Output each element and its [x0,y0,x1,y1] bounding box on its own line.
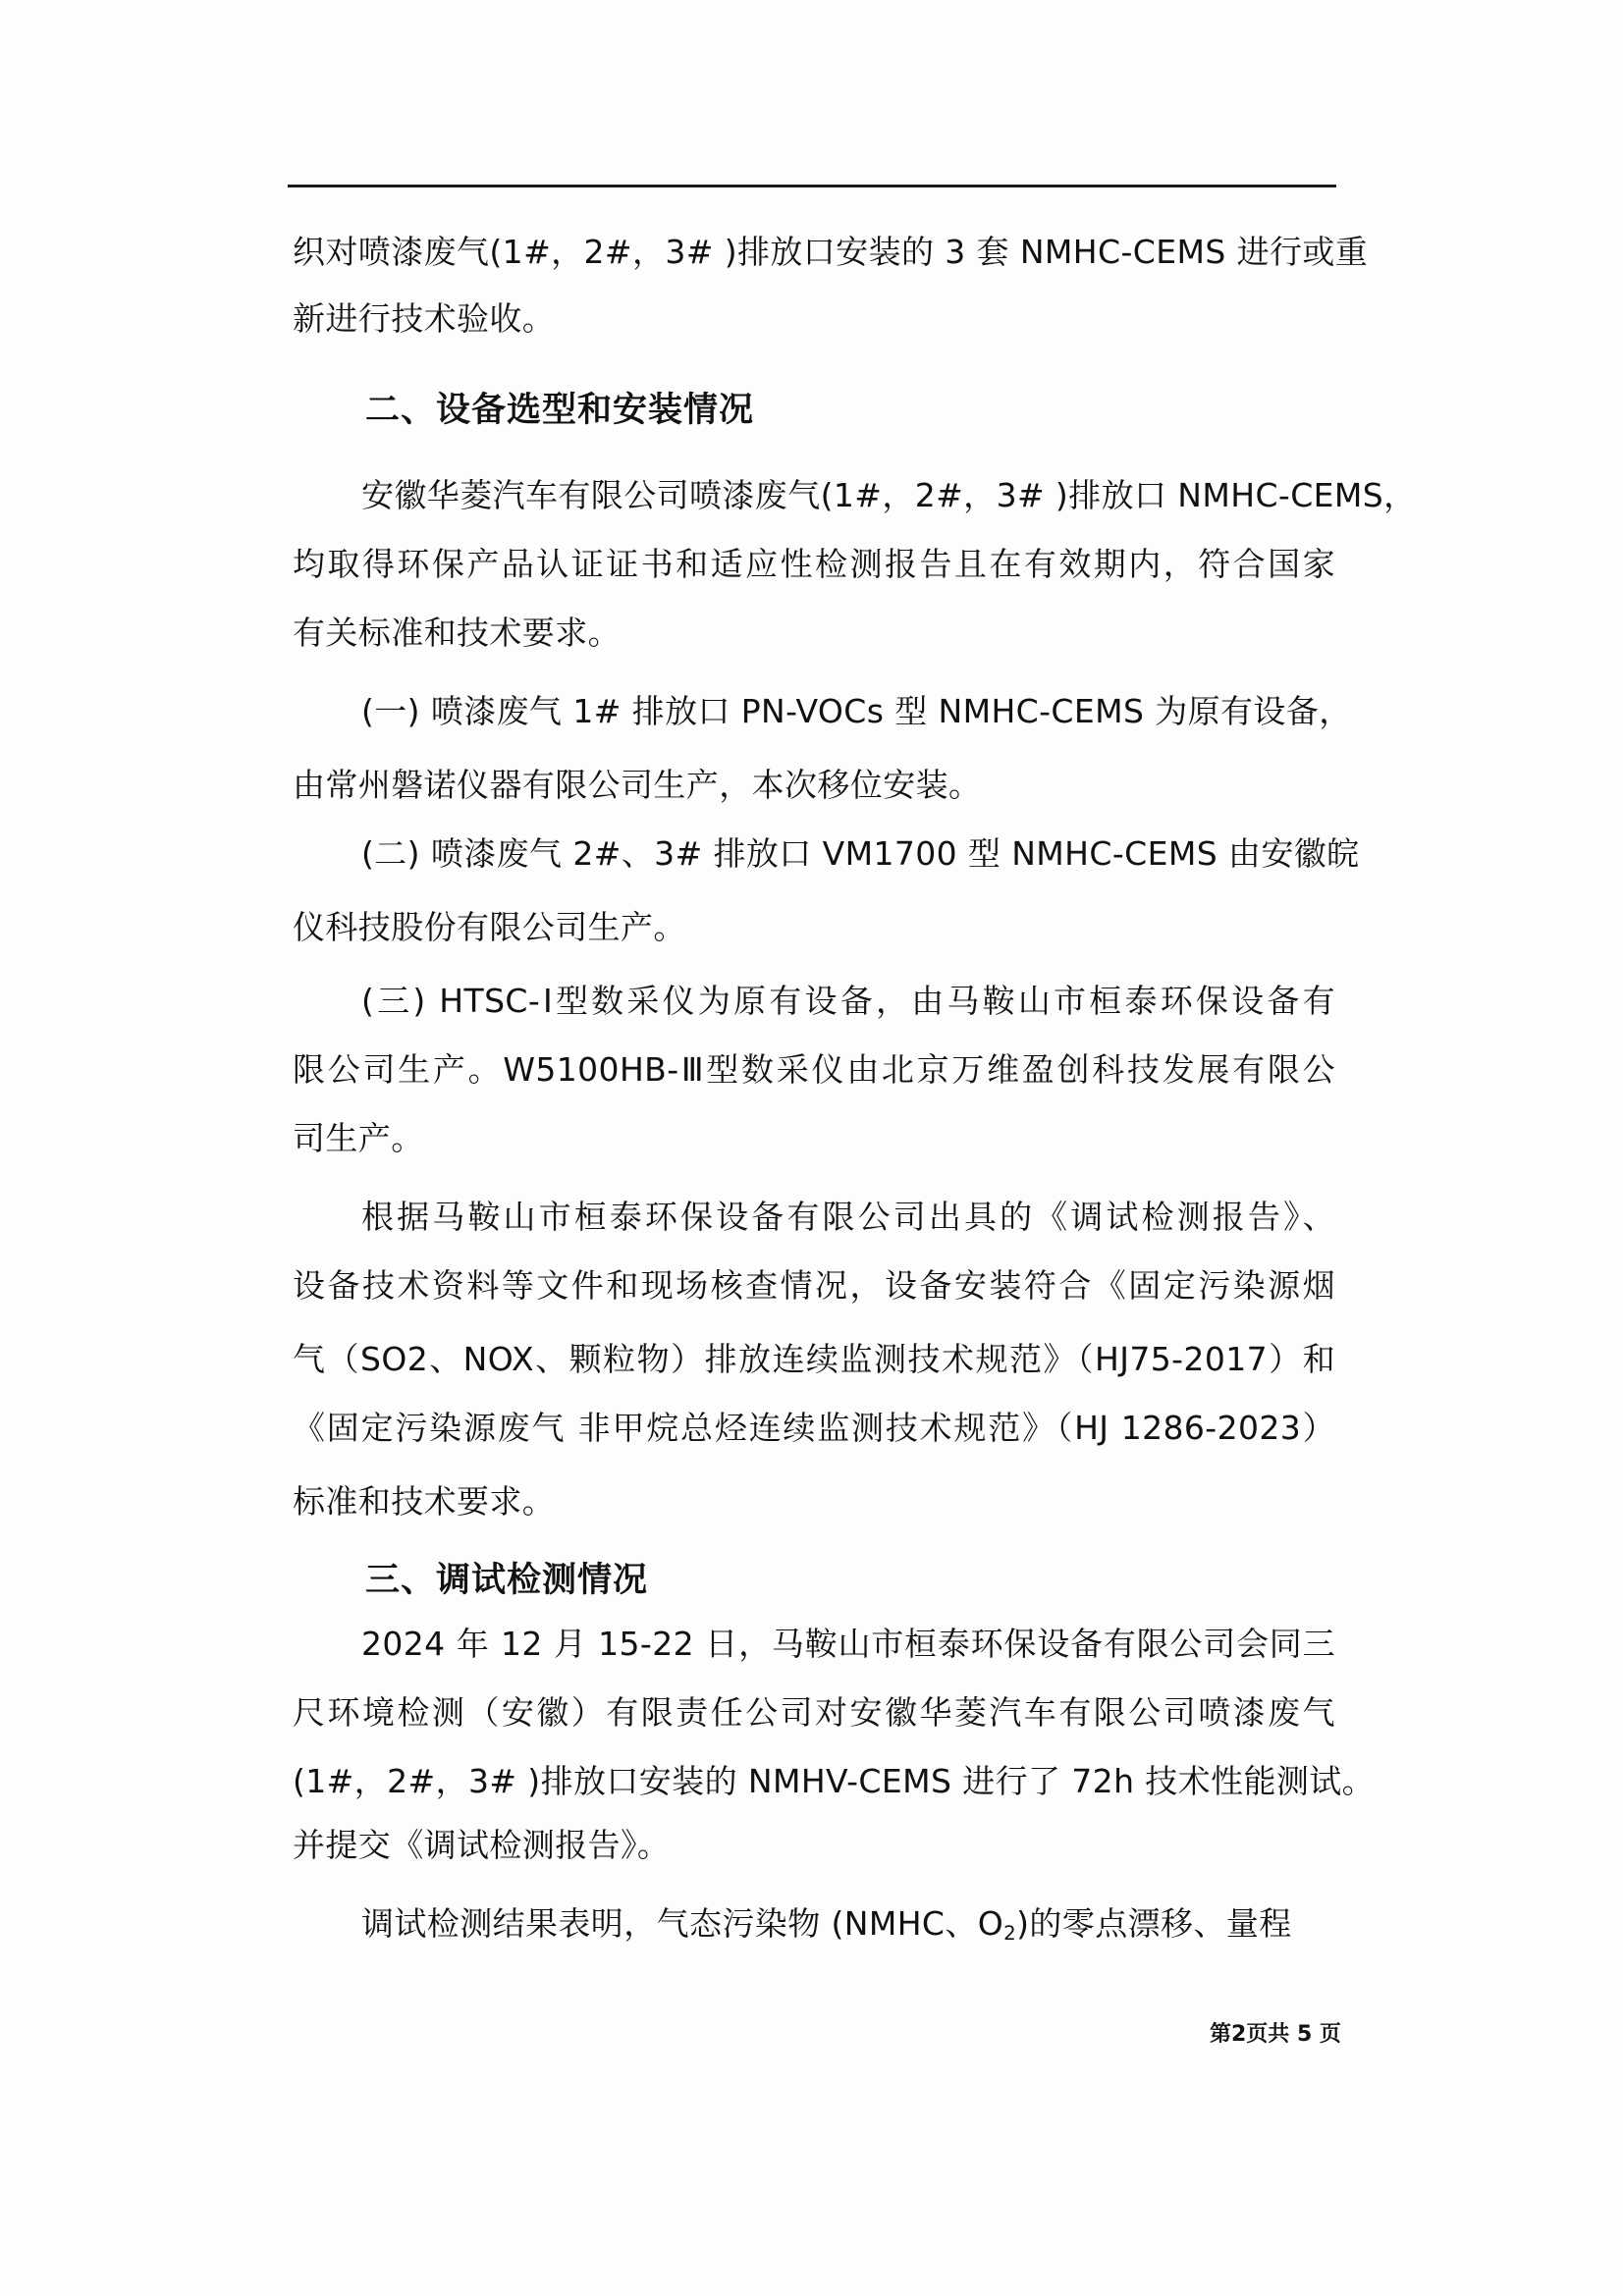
page-number-footer: 第2页共 5 页 [1210,2020,1341,2050]
para-2-suffix: )的零点漂移、量程 [1016,1904,1291,1943]
section-2-intro-line-1: 安徽华菱汽车有限公司喷漆废气(1#，2#，3# )排放口 NMHC-CEMS， [361,474,1335,517]
basis-line-1: 根据马鞍山市桓泰环保设备有限公司出具的《调试检测报告》、 [361,1196,1335,1239]
document-page: 织对喷漆废气(1#，2#，3# )排放口安装的 3 套 NMHC-CEMS 进行… [0,0,1623,2296]
section-3-heading: 三、调试检测情况 [365,1558,648,1603]
section-3-para-1-line-4: 并提交《调试检测报告》。 [293,1824,1335,1867]
basis-line-2: 设备技术资料等文件和现场核查情况，设备安装符合《固定污染源烟 [293,1264,1335,1308]
item-3-line-3: 司生产。 [293,1117,1335,1160]
section-3-para-2-line-1: 调试检测结果表明，气态污染物 (NMHC、O2)的零点漂移、量程 [361,1902,1335,1955]
para-2-prefix: 调试检测结果表明，气态污染物 (NMHC、O [361,1904,1003,1943]
basis-line-4: 《固定污染源废气 非甲烷总烃连续监测技术规范》（HJ 1286-2023） [293,1407,1335,1450]
section-2-intro-line-3: 有关标准和技术要求。 [293,612,1335,655]
section-3-para-1-line-3: (1#，2#，3# )排放口安装的 NMHV-CEMS 进行了 72h 技术性能… [293,1760,1335,1803]
item-3-line-1: (三) HTSC-Ⅰ型数采仪为原有设备，由马鞍山市桓泰环保设备有 [361,980,1335,1023]
section-3-para-1-line-1: 2024 年 12 月 15-22 日，马鞍山市桓泰环保设备有限公司会同三 [361,1623,1335,1666]
item-1-line-1: (一) 喷漆废气 1# 排放口 PN-VOCs 型 NMHC-CEMS 为原有设… [361,690,1335,733]
oxygen-subscript: 2 [1003,1922,1016,1945]
section-2-intro-line-2: 均取得环保产品认证证书和适应性检测报告且在有效期内，符合国家 [293,543,1335,586]
basis-line-3: 气（SO2、NOX、颗粒物）排放连续监测技术规范》（HJ75-2017）和 [293,1338,1335,1381]
basis-line-5: 标准和技术要求。 [293,1480,1335,1523]
continuation-line-1: 织对喷漆废气(1#，2#，3# )排放口安装的 3 套 NMHC-CEMS 进行… [293,231,1335,274]
item-1-line-2: 由常州磐诺仪器有限公司生产，本次移位安装。 [293,764,1335,807]
item-3-line-2: 限公司生产。W5100HB-Ⅲ型数采仪由北京万维盈创科技发展有限公 [293,1048,1335,1092]
section-3-para-1-line-2: 尺环境检测（安徽）有限责任公司对安徽华菱汽车有限公司喷漆废气 [293,1691,1335,1735]
continuation-line-2: 新进行技术验收。 [293,297,1335,341]
item-2-line-2: 仪科技股份有限公司生产。 [293,906,1335,949]
item-2-line-1: (二) 喷漆废气 2#、3# 排放口 VM1700 型 NMHC-CEMS 由安… [361,832,1335,876]
header-rule-divider [288,185,1336,187]
section-2-heading: 二、设备选型和安装情况 [365,388,754,433]
